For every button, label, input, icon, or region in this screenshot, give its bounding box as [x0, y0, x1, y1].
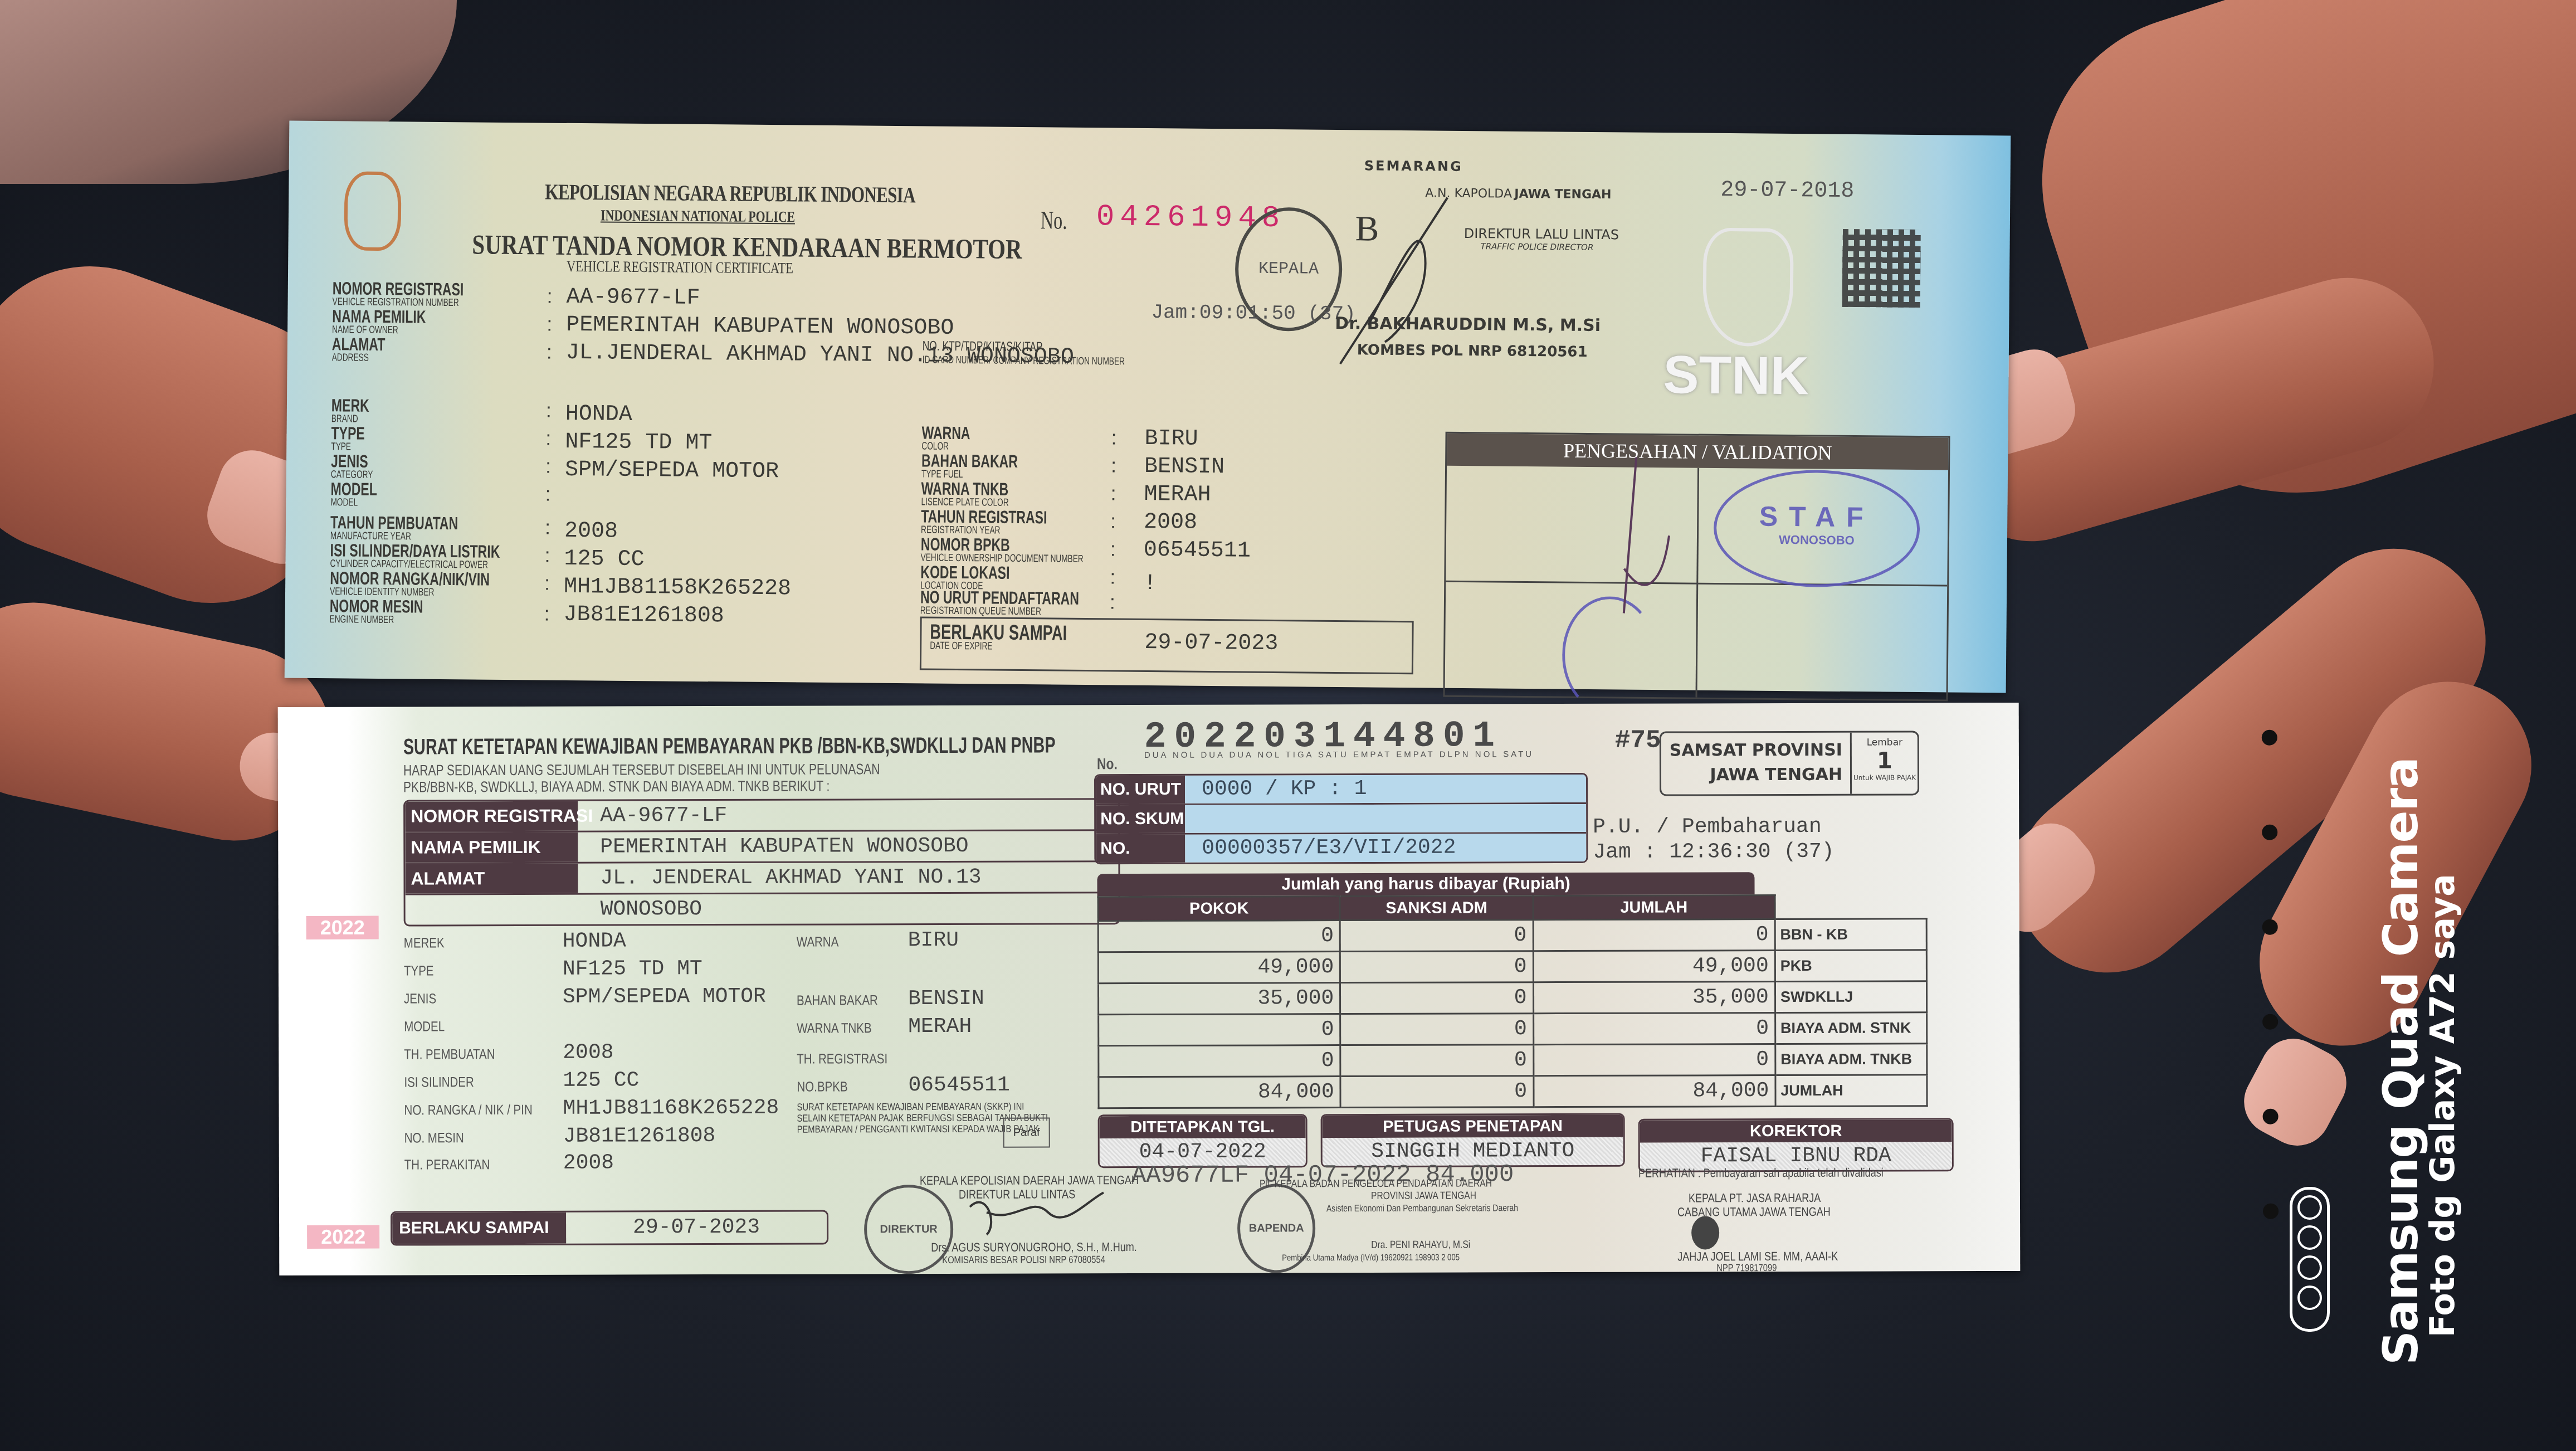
payment-total-row: 84,000084,000JUMLAH: [1099, 1075, 1927, 1108]
bpkb-number: 06545511: [908, 1073, 1010, 1097]
manufacture-year: 2008: [563, 1041, 613, 1065]
payment-row: 000BIAYA ADM. TNKB: [1099, 1044, 1927, 1077]
field-label: NOMOR MESINENGINE NUMBER: [330, 597, 423, 626]
year-tag-top: 2022: [306, 916, 379, 939]
field-label: NAMA PEMILIKNAME OF OWNER: [332, 308, 426, 336]
print-time: Jam:09:01:50 (37): [1151, 301, 1356, 325]
cylinder-capacity: 125 CC: [564, 547, 644, 572]
skkp-note-1: HARAP SEDIAKAN UANG SEJUMLAH TERSEBUT DI…: [403, 760, 880, 779]
perforation-holes: [2253, 730, 2288, 1298]
field-label: ALAMATADDRESS: [332, 335, 386, 364]
field-label: TYPETYPE: [331, 425, 365, 453]
stnk-expiry-box: BERLAKU SAMPAIDATE OF EXPIRE 29-07-2023: [920, 616, 1414, 674]
color: BIRU: [1144, 426, 1198, 452]
manufacture-year: 2008: [564, 519, 618, 544]
location-code: !: [1143, 571, 1157, 596]
bpkb-number: 06545511: [1144, 538, 1251, 564]
issuer-signature: [1335, 186, 1481, 371]
field-label: BAHAN BAKARTYPE FUEL: [921, 452, 1018, 481]
vehicle-type: NF125 TD MT: [563, 957, 702, 981]
expiry-label: BERLAKU SAMPAIDATE OF EXPIRE: [930, 624, 1067, 653]
signatory-jasa-raharja: KEPALA PT. JASA RAHARJA CABANG UTAMA JAW…: [278, 703, 2019, 707]
stnk-watermark: STNK: [1663, 344, 1809, 407]
plate-color: MERAH: [908, 1015, 972, 1039]
owner-name: PEMERINTAH KABUPATEN WONOSOBO: [566, 313, 954, 341]
engine-number: JB81E1261808: [563, 1124, 716, 1148]
serial-no-label: No.: [1041, 205, 1067, 235]
skkp-tax-assessment: 2022 2022 SURAT KETETAPAN KEWAJIBAN PEMB…: [278, 703, 2021, 1275]
stnk-left-fields: NOMOR REGISTRASIVEHICLE REGISTRATION NUM…: [289, 121, 2011, 136]
year-tag-bottom: 2022: [307, 1225, 379, 1249]
skum-number: [1185, 804, 1586, 833]
vehicle-category: SPM/SEPEDA MOTOR: [565, 457, 779, 484]
issuer-position-en: TRAFFIC POLICE DIRECTOR: [1480, 241, 1593, 252]
direktur-stamp: DIREKTUR: [864, 1185, 953, 1274]
signatory-bapenda: BAPENDA Plt. KEPALA BADAN PENGELOLA PEND…: [278, 703, 2019, 707]
skkp-number-words: DUA NOL DUA DUA NOL TIGA SATU EMPAT EMPA…: [1144, 749, 1534, 760]
id-row: NO. SKUM: [1096, 804, 1586, 835]
field-label: ISI SILINDER/DAYA LISTRIKCYLINDER CAPACI…: [330, 542, 500, 571]
payment-row: 000BBN - KB: [1098, 919, 1926, 952]
paraf-box: Paraf: [1003, 1117, 1050, 1147]
id-card-label: NO. KTP/TDP/KITAS/KITAPID CARD NUMBER/ C…: [923, 338, 1125, 367]
issuer-city: SEMARANG: [1364, 158, 1463, 174]
registration-year: 2008: [1144, 510, 1197, 535]
owner-row: NOMOR REGISTRASIAA-9677-LF: [405, 800, 1118, 832]
issuer-region: JAWA TENGAH: [1514, 187, 1611, 202]
id-row: NO. URUT0000 / KP : 1: [1096, 775, 1586, 805]
quad-camera-icon: [2290, 1187, 2330, 1332]
agency-name-en: INDONESIAN NATIONAL POLICE: [601, 207, 795, 226]
payment-table: POKOK SANKSI ADM JUMLAH 000BBN - KB 49,0…: [1097, 894, 1928, 1109]
owner-name: PEMERINTAH KABUPATEN WONOSOBO: [578, 831, 1118, 862]
color: BIRU: [908, 928, 959, 952]
brand: HONDA: [563, 929, 626, 953]
field-label: WARNACOLOR: [921, 424, 970, 452]
cylinder-capacity: 125 CC: [563, 1068, 639, 1092]
watermark-line-1: Samsung Quad Camera: [2373, 724, 2429, 1365]
plate-color: MERAH: [1144, 482, 1211, 508]
skkp-id-table: NO. URUT0000 / KP : 1 NO. SKUM NO. KOHIR…: [1094, 773, 1588, 864]
id-row: NO. KOHIR00000357/E3/VII/2022: [1096, 834, 1586, 863]
skkp-number-suffix: #75: [1615, 726, 1661, 755]
process-time: Jam : 12:36:30 (37): [1593, 840, 1834, 864]
owner-row: ALAMATJL. JENDERAL AKHMAD YANI NO.13: [405, 862, 1118, 895]
vin: MH1JB81158K265228: [564, 574, 791, 602]
stnk-right-fields: WARNACOLOR : BIRU BAHAN BAKARTYPE FUEL :…: [289, 121, 2011, 136]
assessor-box: PETUGAS PENETAPANSINGGIH MEDIANTO: [1321, 1113, 1625, 1167]
skkp-vehicle-left: MEREK HONDA TYPE NF125 TD MT JENIS SPM/S…: [278, 703, 2019, 707]
police-emblem-icon: [344, 171, 401, 251]
payment-row: 35,000035,000SWDKLLJ: [1098, 981, 1926, 1015]
owner-address: JL. JENDERAL AKHMAD YANI NO.13: [578, 862, 1118, 893]
skkp-expiry: BERLAKU SAMPAI 29-07-2023: [391, 1210, 828, 1246]
skkp-title: SURAT KETETAPAN KEWAJIBAN PEMBAYARAN PKB…: [403, 733, 1056, 759]
fuel-type: BENSIN: [908, 987, 984, 1011]
corrector-box: KOREKTORFAISAL IBNU RDA: [1638, 1118, 1954, 1172]
field-label: TAHUN PEMBUATANMANUFACTURE YEAR: [330, 514, 458, 543]
perhatian-note: PERHATIAN : Pembayaran sah apabila telah…: [1638, 1166, 1884, 1181]
engine-number: JB81E1261808: [564, 602, 724, 629]
brand: HONDA: [565, 402, 632, 427]
agency-name: KEPOLISIAN NEGARA REPUBLIK INDONESIA: [545, 179, 915, 208]
owner-table: NOMOR REGISTRASIAA-9677-LF NAMA PEMILIKP…: [403, 798, 1120, 926]
field-label: MODELMODEL: [330, 480, 377, 509]
fuel-type: BENSIN: [1144, 454, 1224, 480]
stnk-registration-certificate: KEPOLISIAN NEGARA REPUBLIK INDONESIA IND…: [285, 121, 2011, 693]
payment-header: Jumlah yang harus dibayar (Rupiah): [1097, 872, 1754, 896]
skkp-note-2: PKB/BBN-KB, SWDKLLJ, BIAYA ADM. STNK DAN…: [403, 777, 830, 796]
camera-watermark: Samsung Quad Camera Foto dg Galaxy A72 s…: [2312, 724, 2524, 1365]
field-label: NOMOR RANGKA/NIK/VINVEHICLE IDENTITY NUM…: [330, 569, 490, 599]
payment-row: 000BIAYA ADM. STNK: [1099, 1012, 1927, 1046]
field-label: NOMOR BPKBVEHICLE OWNERSHIP DOCUMENT NUM…: [921, 535, 1084, 565]
owner-city: WONOSOBO: [578, 893, 1119, 924]
expiry-date: 29-07-2023: [1144, 630, 1278, 656]
field-label: MERKBRAND: [331, 397, 369, 425]
validation-box: PENGESAHAN / VALIDATION STAF WONOSOBO: [1443, 432, 1950, 702]
issuer-position: DIREKTUR LALU LINTAS: [1464, 226, 1619, 242]
owner-row: WONOSOBO: [406, 893, 1119, 924]
expiry-date: 29-07-2023: [566, 1212, 827, 1244]
field-label: JENISCATEGORY: [331, 452, 373, 481]
field-label: NO URUT PENDAFTARANREGISTRATION QUEUE NU…: [920, 588, 1079, 617]
assessment-date-box: DITETAPKAN TGL.04-07-2022: [1098, 1114, 1307, 1168]
kepala-stamp-text: KEPALA: [1258, 260, 1319, 279]
police-signature: [964, 1190, 1109, 1240]
jasa-raharja-logo-icon: [1691, 1216, 1719, 1249]
field-label: NOMOR REGISTRASIVEHICLE REGISTRATION NUM…: [332, 280, 464, 309]
document-title-en: VEHICLE REGISTRATION CERTIFICATE: [567, 258, 793, 278]
field-label: WARNA TNKBLISENCE PLATE COLOR: [921, 480, 1009, 508]
registration-number: AA-9677-LF: [578, 800, 1118, 831]
police-badge-watermark-icon: [1702, 228, 1794, 347]
skkp-vehicle-right: WARNA BIRU BAHAN BAKAR BENSIN WARNA TNKB…: [278, 703, 2019, 707]
qr-code-icon: [1842, 229, 1921, 308]
samsat-box: SAMSAT PROVINSIJAWA TENGAH Lembar1Untuk …: [1660, 731, 1919, 796]
watermark-line-2: Foto dg Galaxy A72 saya: [2423, 697, 2462, 1337]
queue-number: 0000 / KP : 1: [1185, 775, 1586, 804]
registration-number: AA-9677-LF: [566, 285, 700, 311]
validation-signature: [1601, 457, 1714, 636]
vehicle-type: NF125 TD MT: [565, 430, 712, 456]
vin: MH1JB81168K265228: [563, 1096, 779, 1121]
pu-renewal: P.U. / Pembaharuan: [1593, 815, 1822, 839]
field-label: TAHUN REGISTRASIREGISTRATION YEAR: [921, 508, 1047, 537]
kohir-number: 00000357/E3/VII/2022: [1185, 834, 1586, 863]
vehicle-category: SPM/SEPEDA MOTOR: [563, 985, 766, 1009]
payment-row: 49,000049,000PKB: [1098, 950, 1926, 983]
signatory-police: DIREKTUR KEPALA KEPOLISIAN DAERAH JAWA T…: [278, 703, 2019, 707]
owner-row: NAMA PEMILIKPEMERINTAH KABUPATEN WONOSOB…: [405, 831, 1118, 864]
issue-date: 29-07-2018: [1720, 178, 1854, 204]
assembly-year: 2008: [563, 1151, 614, 1175]
